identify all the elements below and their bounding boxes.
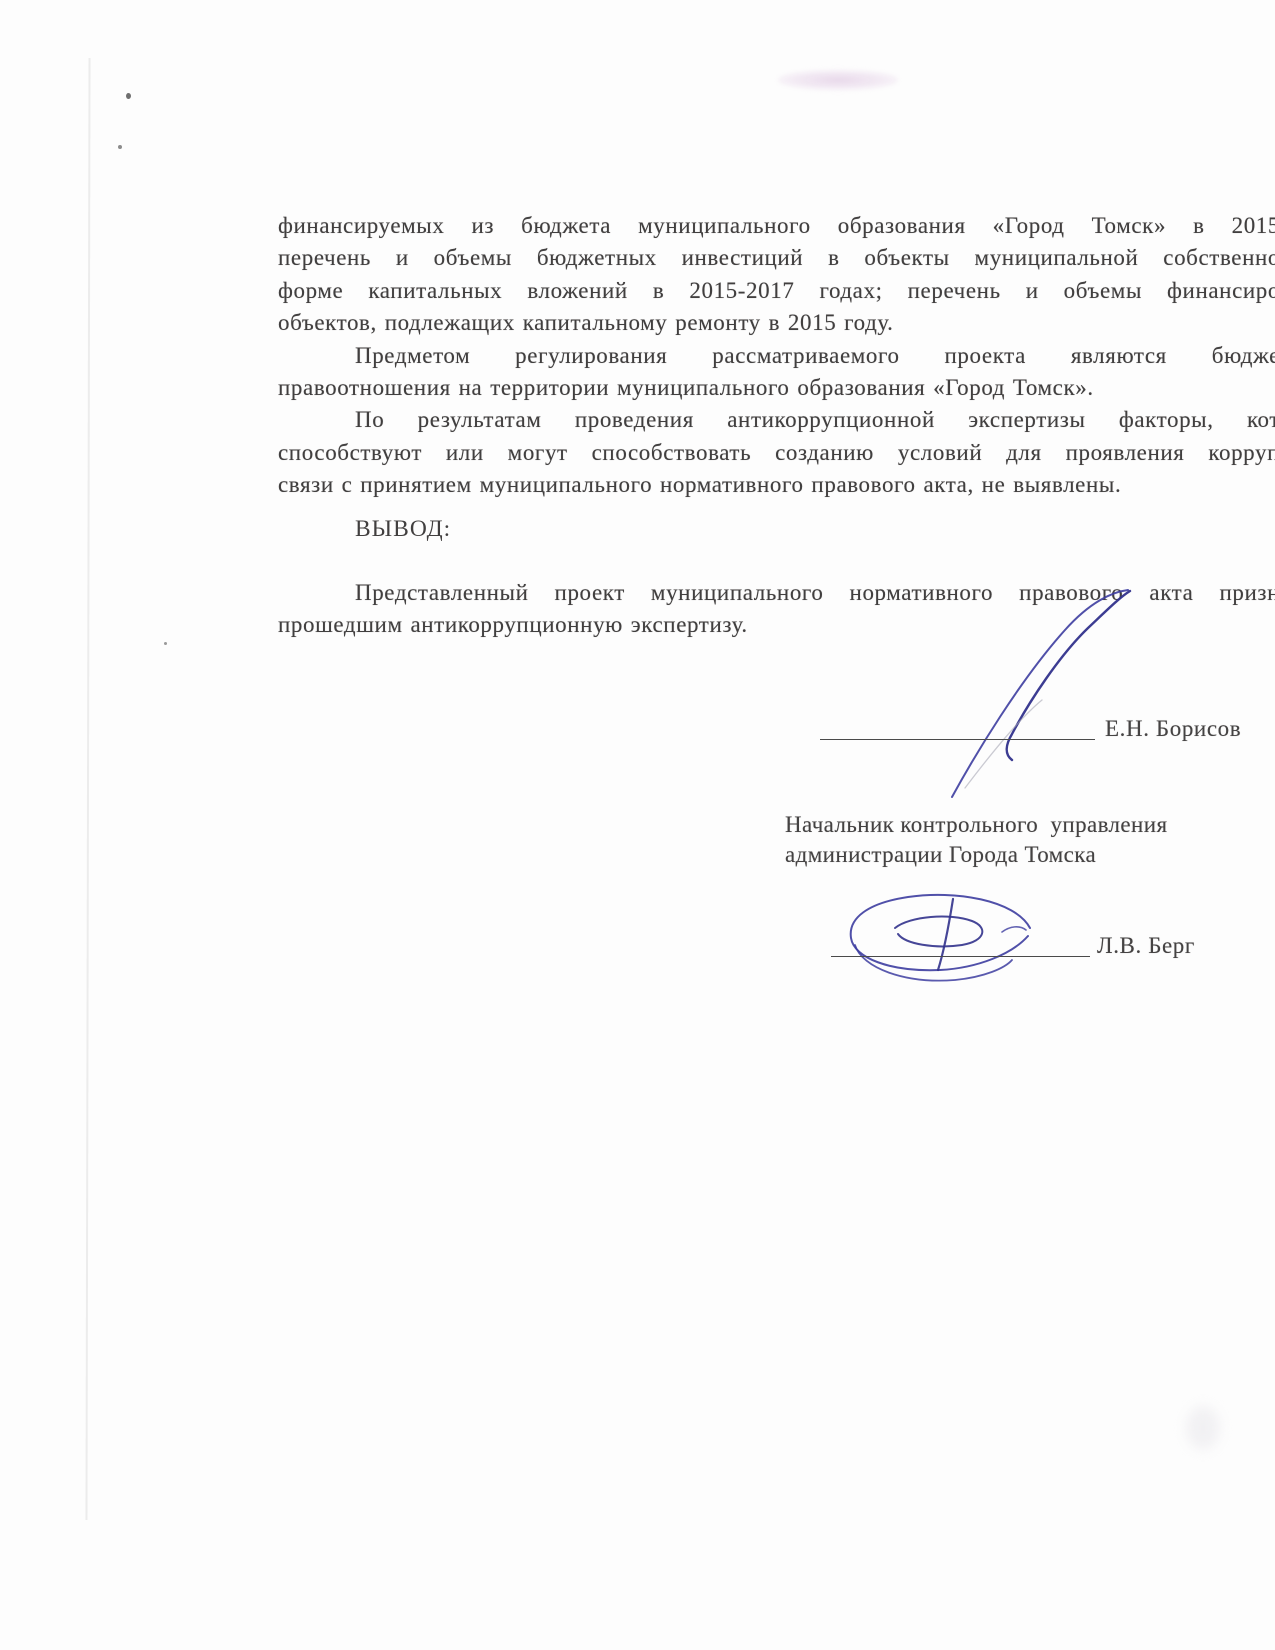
signature-line-berg xyxy=(831,956,1090,957)
scan-speck xyxy=(118,145,122,149)
signature-line-borisov xyxy=(820,739,1095,740)
scan-smudge xyxy=(1186,1406,1220,1450)
text-line: форме капитальных вложений в 2015-2017 г… xyxy=(278,275,1275,307)
official-title-line-1: Начальник контрольного управления xyxy=(785,812,1167,837)
official-title: Начальник контрольного управленияадминис… xyxy=(785,810,1167,869)
text-line: связи с принятием муниципального нормати… xyxy=(278,469,1275,501)
paper-edge-shadow xyxy=(85,58,90,1520)
text-line: финансируемых из бюджета муниципального … xyxy=(278,210,1275,242)
text-line: Представленный проект муниципального нор… xyxy=(278,577,1275,609)
text-line: прошедшим антикоррупционную экспертизу. xyxy=(278,609,1275,641)
paragraph: Предметом регулирования рассматриваемого… xyxy=(278,340,1275,405)
official-title-line-2: администрации Города Томска xyxy=(785,842,1096,867)
text-line: Предметом регулирования рассматриваемого… xyxy=(278,340,1275,372)
conclusion-text: Представленный проект муниципального нор… xyxy=(278,577,1275,642)
text-line: способствуют или могут способствовать со… xyxy=(278,437,1275,469)
document-body-text: финансируемых из бюджета муниципального … xyxy=(278,210,1275,502)
text-line: По результатам проведения антикоррупцион… xyxy=(278,404,1275,436)
faded-stamp-smudge xyxy=(778,70,898,90)
signature-ink-berg xyxy=(840,880,1050,995)
text-line: правоотношения на территории муниципальн… xyxy=(278,372,1275,404)
signatory-name-borisov: Е.Н. Борисов xyxy=(1105,716,1241,742)
conclusion-heading: ВЫВОД: xyxy=(355,516,451,543)
paragraph: Представленный проект муниципального нор… xyxy=(278,577,1275,642)
scanned-document-page: финансируемых из бюджета муниципального … xyxy=(0,0,1275,1650)
scan-speck xyxy=(164,642,167,645)
paragraph: финансируемых из бюджета муниципального … xyxy=(278,210,1275,340)
text-line: объектов, подлежащих капитальному ремонт… xyxy=(278,307,1275,339)
scan-speck xyxy=(126,93,131,99)
signatory-name-berg: Л.В. Берг xyxy=(1097,933,1195,959)
paragraph: По результатам проведения антикоррупцион… xyxy=(278,404,1275,501)
text-line: перечень и объемы бюджетных инвестиций в… xyxy=(278,242,1275,274)
